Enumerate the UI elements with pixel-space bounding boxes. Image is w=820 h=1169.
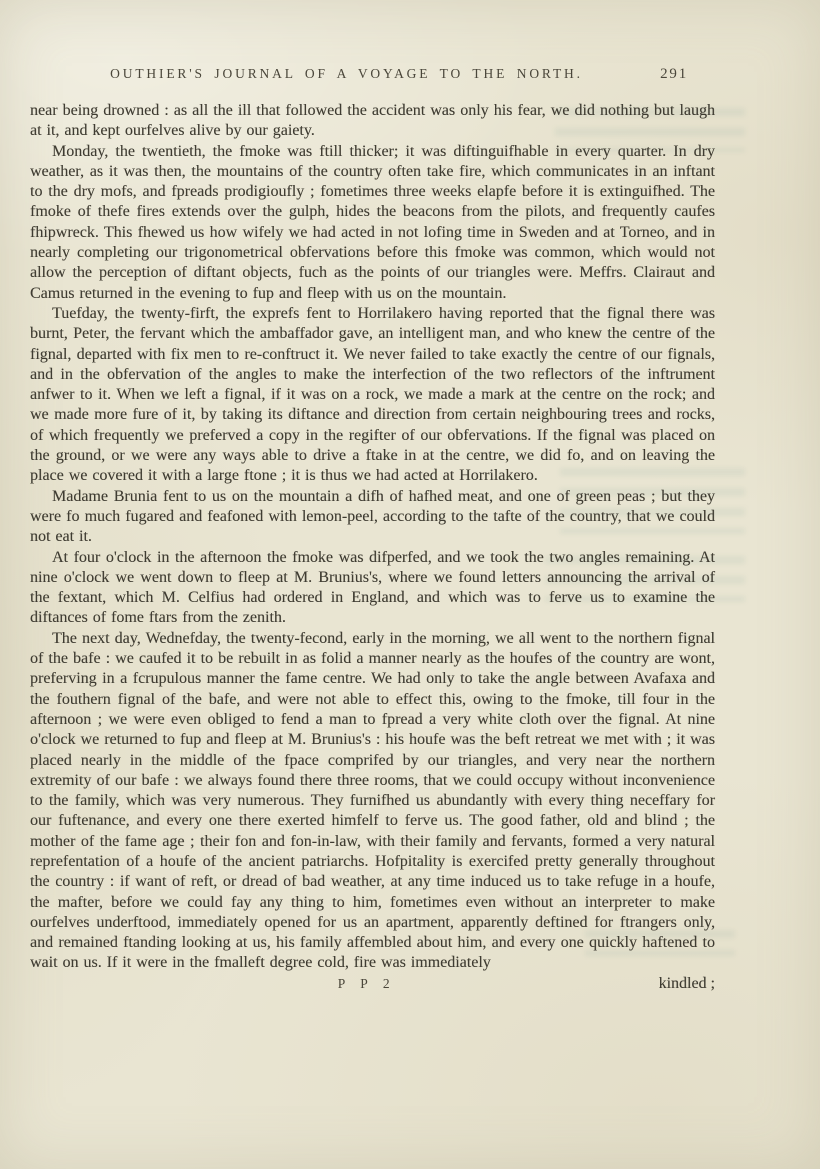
text-block: OUTHIER'S JOURNAL OF A VOYAGE TO THE NOR… [30,66,715,996]
paragraph-madame-brunia: Madame Brunia fent to us on the mountain… [30,487,715,548]
catchword: kindled ; [659,974,715,994]
page-footer: P P 2 kindled ; [30,974,715,996]
signature-mark: P P 2 [338,974,396,994]
running-title: OUTHIER'S JOURNAL OF A VOYAGE TO THE NOR… [4,66,689,82]
paragraph-monday: Monday, the twentieth, the fmoke was fti… [30,142,715,304]
page-number: 291 [660,66,688,83]
paragraph-continuation: near being drowned : as all the ill that… [30,101,715,142]
paragraph-tuesday: Tuefday, the twenty-firft, the exprefs f… [30,304,715,487]
page-body: near being drowned : as all the ill that… [30,101,715,974]
book-page: OUTHIER'S JOURNAL OF A VOYAGE TO THE NOR… [0,0,820,1169]
paragraph-wednesday: The next day, Wednefday, the twenty-feco… [30,629,715,974]
page-header: OUTHIER'S JOURNAL OF A VOYAGE TO THE NOR… [30,66,715,88]
paragraph-four-oclock: At four o'clock in the afternoon the fmo… [30,548,715,629]
